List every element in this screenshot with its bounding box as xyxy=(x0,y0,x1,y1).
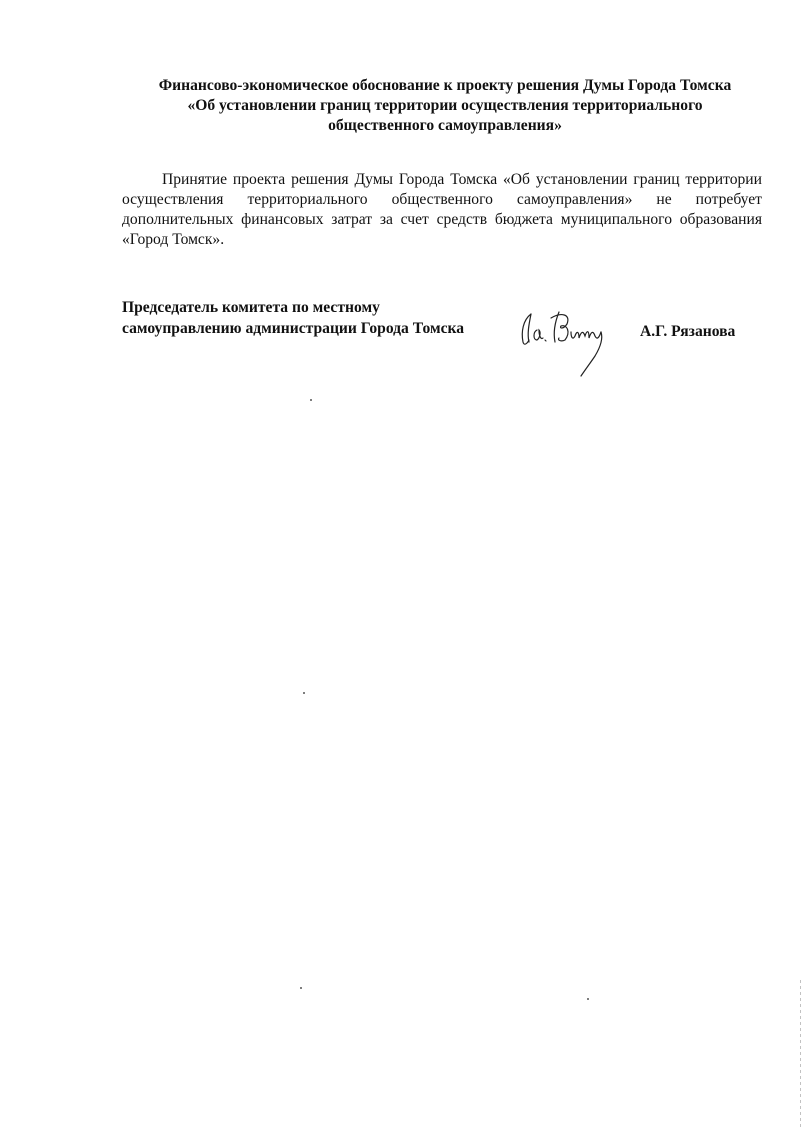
body-section: Принятие проекта решения Думы Города Том… xyxy=(122,170,762,250)
title-line-3: общественного самоуправления» xyxy=(130,116,760,136)
signature-icon xyxy=(515,302,625,378)
title-line-1: Финансово-экономическое обоснование к пр… xyxy=(130,76,760,96)
signer-position-line-1: Председатель комитета по местному xyxy=(122,297,464,318)
scan-edge-artifact xyxy=(800,980,801,1130)
signer-position: Председатель комитета по местному самоуп… xyxy=(122,297,464,339)
scan-speck xyxy=(310,399,312,401)
scan-speck xyxy=(300,987,302,989)
body-paragraph: Принятие проекта решения Думы Города Том… xyxy=(122,170,762,250)
document-title: Финансово-экономическое обоснование к пр… xyxy=(130,76,760,136)
title-line-2: «Об установлении границ территории осуще… xyxy=(130,96,760,116)
signer-name: А.Г. Рязанова xyxy=(640,323,735,341)
scan-speck xyxy=(587,998,589,1000)
scan-speck xyxy=(303,692,305,694)
signer-position-line-2: самоуправлению администрации Города Томс… xyxy=(122,318,464,339)
